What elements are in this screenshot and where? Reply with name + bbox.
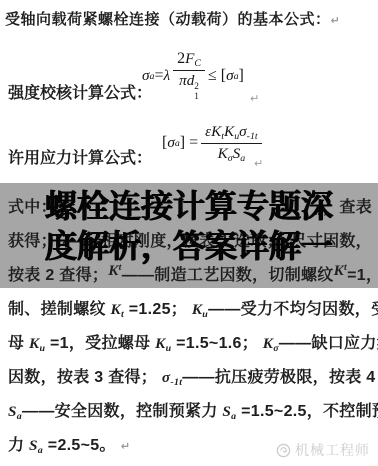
strength-formula: σa = λ2FCπd21 ≤ [σa] — [142, 52, 244, 100]
document-title: 受轴向载荷紧螺栓连接（动载荷）的基本公式：↵ — [5, 8, 373, 29]
body-row-5: 母 Ku =1，受拉螺母 Ku =1.5~1.6； Kσ——缺口应力集中 — [8, 330, 372, 354]
paragraph-mark-icon: ↵ — [331, 14, 341, 27]
overlay-headline-line2: 度解析，答案详解一 — [0, 226, 378, 266]
gear-logo-icon — [276, 443, 291, 458]
watermark: 机械工程师 — [276, 440, 370, 460]
body-row-7: Sa——安全因数，控制预紧力 Sa =1.5~2.5，不控制预紧 — [8, 398, 372, 422]
strength-formula-label: 强度校核计算公式： — [8, 80, 152, 103]
allowable-formula-label: 许用应力计算公式： — [8, 145, 152, 168]
body-row-4: 制、搓制螺纹 Kt =1.25； Ku——受力不均匀因数，受压螺 — [8, 296, 372, 320]
allowable-formula: [σa] = εKtKuσ-1tKσSa — [162, 118, 265, 168]
title-text: 受轴向载荷紧螺栓连接（动载荷）的基本公式： — [5, 11, 331, 28]
paragraph-mark-icon: ↵ — [250, 92, 259, 105]
watermark-label: 机械工程师 — [295, 440, 370, 460]
overlay-headline-line1: 螺栓连接计算专题深 — [0, 186, 378, 226]
body-row-6: 因数，按表 3 查得； σ-1t——抗压疲劳极限，按表 4 选取； — [8, 364, 372, 388]
paragraph-mark-icon: ↵ — [254, 157, 263, 170]
document-page: 受轴向载荷紧螺栓连接（动载荷）的基本公式：↵ 强度校核计算公式： σa = λ2… — [0, 0, 378, 466]
overlay-headline: 螺栓连接计算专题深 度解析，答案详解一 — [0, 186, 378, 266]
